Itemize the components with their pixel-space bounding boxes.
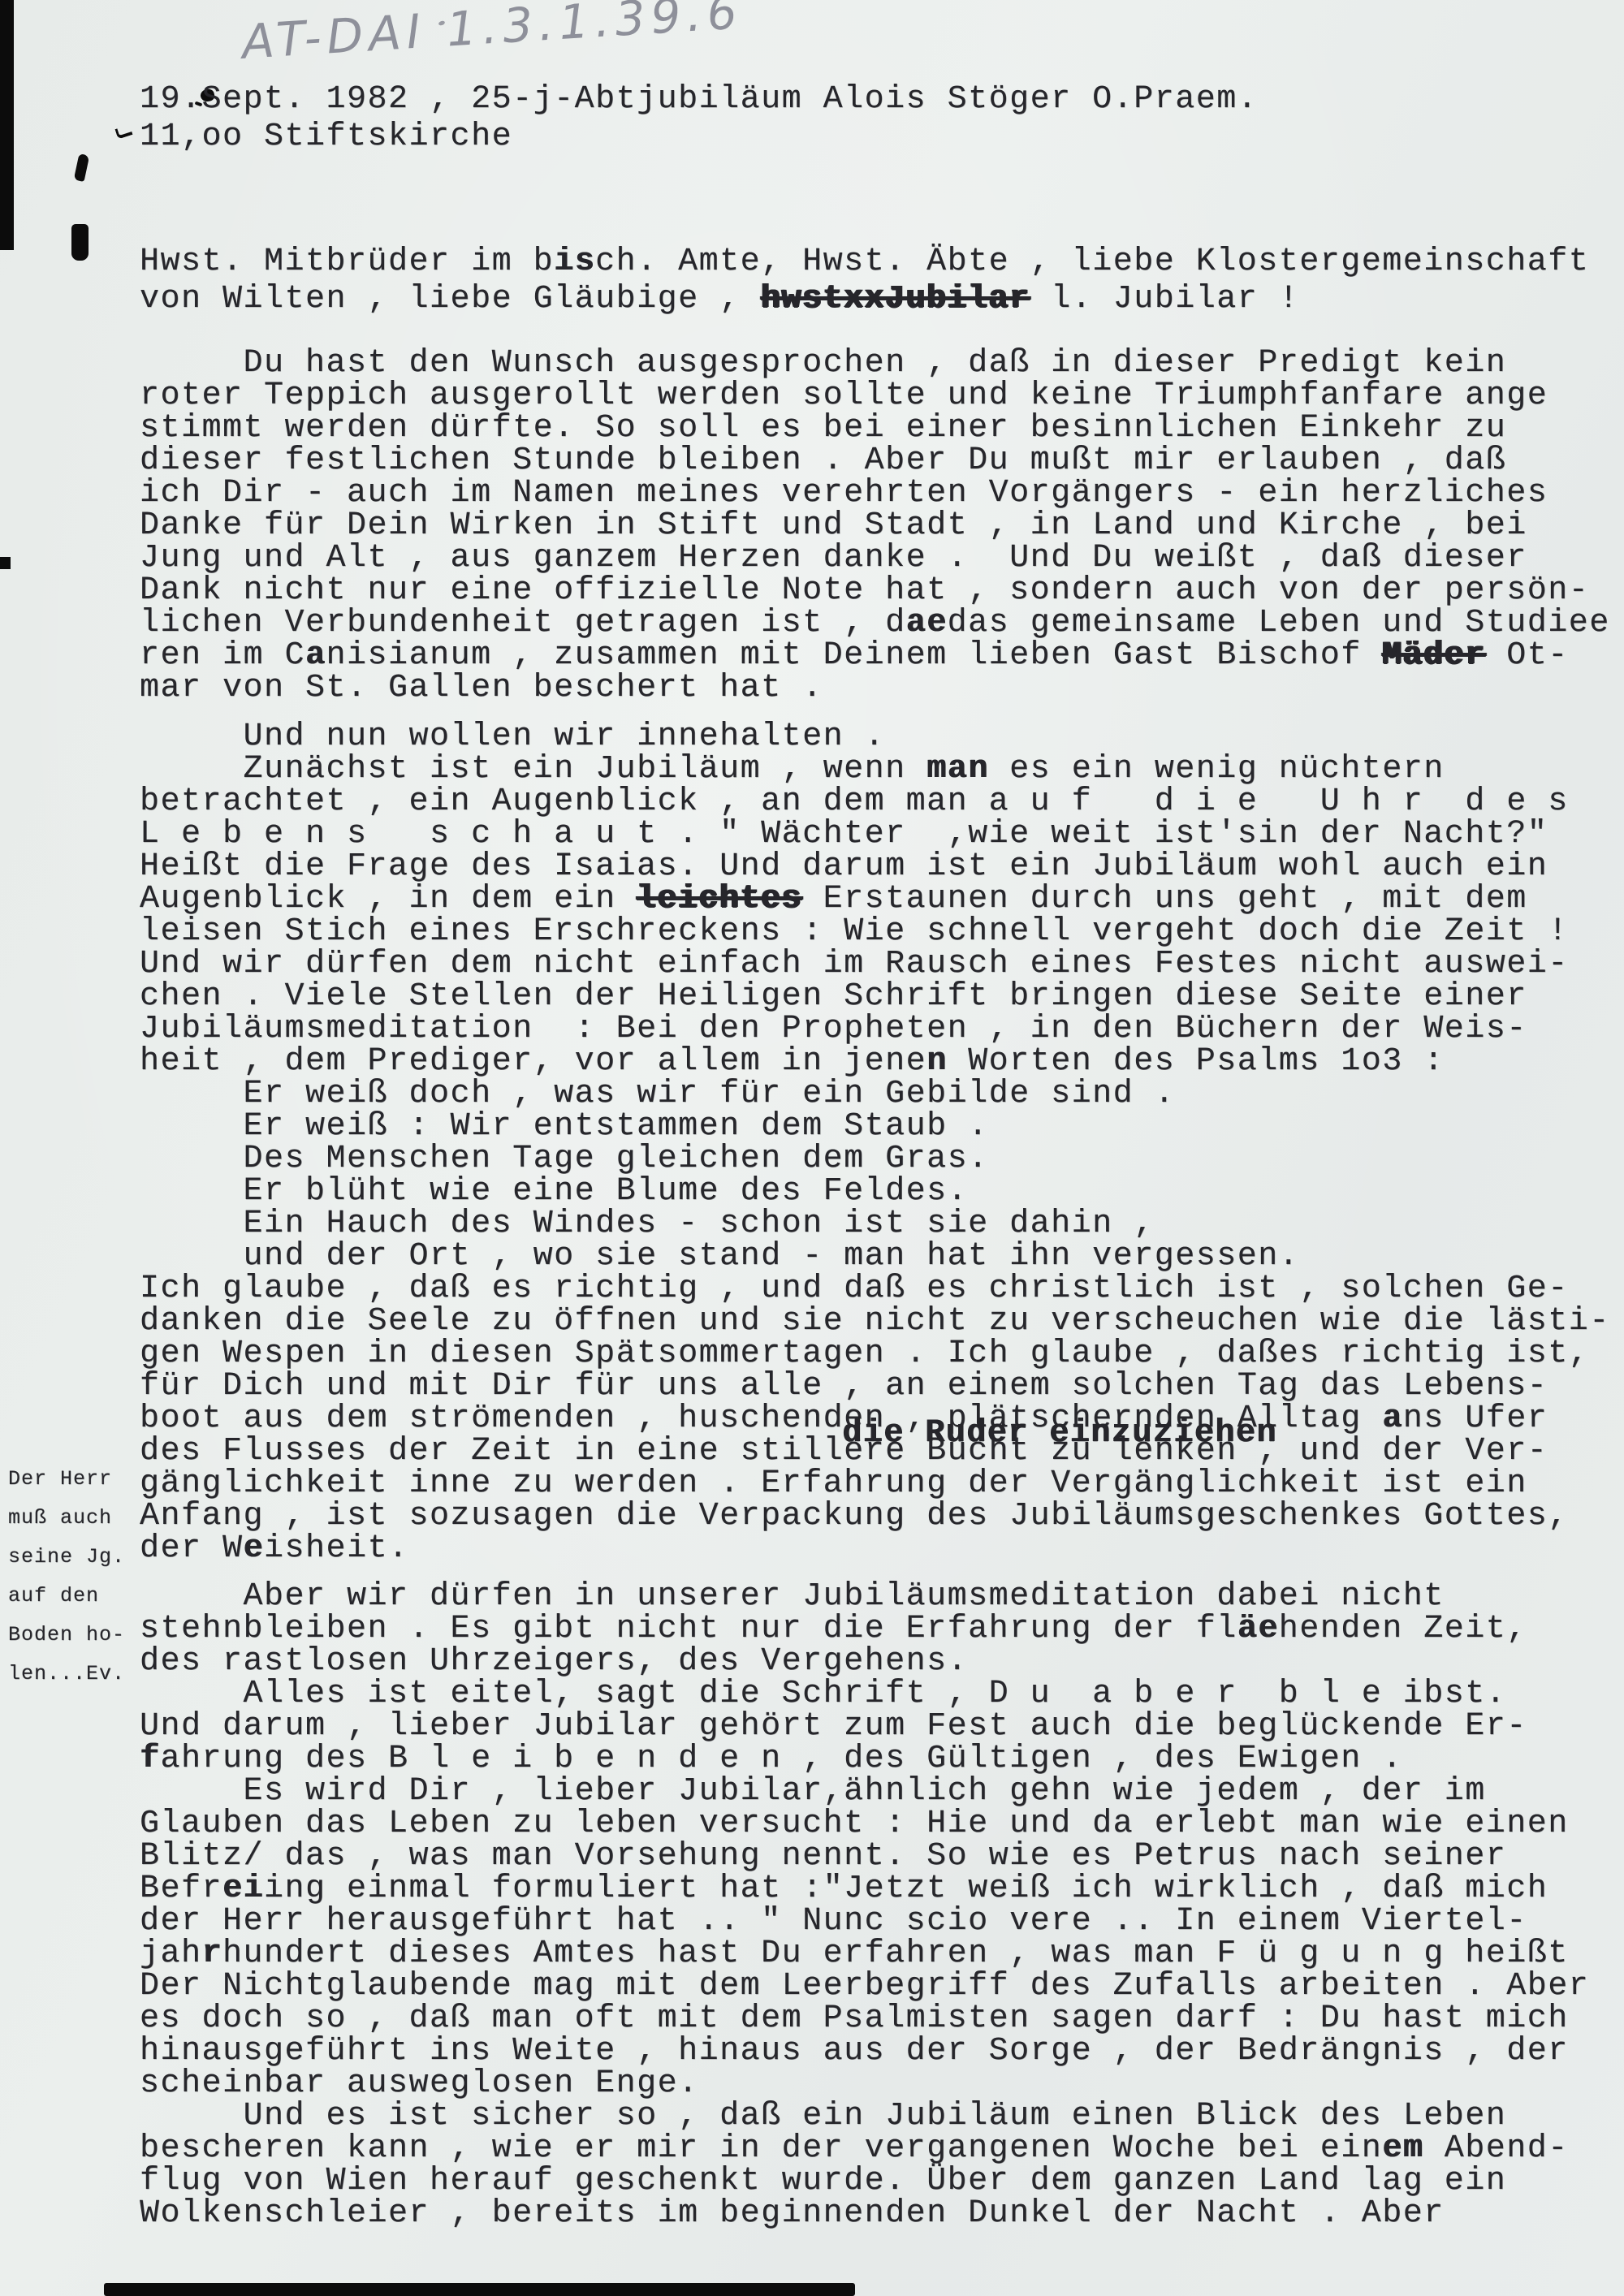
sermon-paragraph-5: Alles ist eitel, sagt die Schrift , D u … [140,1678,1624,2230]
sermon-paragraph-3: die Ruder einzuziehen Ich glaube , daß e… [140,1273,1624,1468]
text-line: Er blüht wie eine Blume des Feldes. [140,1176,1624,1208]
text-line: Ein Hauch des Windes - schon ist sie dah… [140,1208,1624,1241]
text-line: und der Ort , wo sie stand - man hat ihn… [140,1241,1624,1273]
text-line: muß auch [8,1499,142,1538]
text-line: ren im Canisianum , zusammen mit Deinem … [140,640,1624,672]
text-line: Glauben das Leben zu leben versucht : Hi… [140,1808,1624,1841]
text-line: Es wird Dir , lieber Jubilar,ähnlich geh… [140,1776,1624,1808]
text-line: der Weisheit. [140,1533,1624,1565]
text-line: Dank nicht nur eine offizielle Note hat … [140,575,1624,607]
ink-smudge [71,224,89,261]
scan-edge-strip [0,0,14,250]
sermon-paragraph-4: Aber wir dürfen in unserer Jubiläumsmedi… [140,1581,1624,1678]
interline-typed-insertion: die Ruder einzuziehen [842,1418,1277,1450]
text-line: Danke für Dein Wirken in Stift und Stadt… [140,510,1624,542]
text-line: Und darum , lieber Jubilar gehört zum Fe… [140,1711,1624,1743]
text-line: leisen Stich eines Erschreckens : Wie sc… [140,916,1624,948]
text-line: es doch so , daß man oft mit dem Psalmis… [140,2003,1624,2035]
ink-check-mark [114,124,132,139]
text-line: Jubiläumsmeditation : Bei den Propheten … [140,1013,1624,1046]
text-line: seine Jg. [8,1538,142,1577]
scan-bottom-bar [104,2283,855,2296]
text-line: 19.Sept. 1982 , 25-j-Abtjubiläum Alois S… [140,81,1624,119]
text-line: von Wilten , liebe Gläubige , hwstxxJubi… [140,281,1624,318]
scan-edge-dash [0,557,11,569]
text-line: roter Teppich ausgerollt werden sollte u… [140,380,1624,412]
text-line: Und nun wollen wir innehalten . [140,721,1624,753]
sermon-paragraph-1: Du hast den Wunsch ausgesprochen , daß i… [140,347,1624,705]
text-line: 11,oo Stiftskirche [140,119,1624,156]
text-line: Und wir dürfen dem nicht einfach im Raus… [140,948,1624,981]
typed-header: 19.Sept. 1982 , 25-j-Abtjubiläum Alois S… [140,81,1624,156]
text-line: Alles ist eitel, sagt die Schrift , D u … [140,1678,1624,1711]
text-line: auf den [8,1577,142,1616]
text-line: Des Menschen Tage gleichen dem Gras. [140,1143,1624,1176]
ink-smudge [74,153,90,182]
scanned-typescript-page: AT-DAI 1.3.1.39.6 Der Herrmuß auchseine … [0,0,1624,2296]
sermon-paragraph-2: Und nun wollen wir innehalten . Zunächst… [140,721,1624,1078]
text-line: Boden ho- [8,1616,142,1655]
text-line: Augenblick , in dem ein leichtes Erstaun… [140,883,1624,916]
text-line: Er weiß doch , was wir für ein Gebilde s… [140,1078,1624,1111]
text-line: Hwst. Mitbrüder im bisch. Amte, Hwst. Äb… [140,244,1624,281]
psalm-quotation: Er weiß doch , was wir für ein Gebilde s… [140,1078,1624,1273]
text-line: Befreiing einmal formuliert hat :"Jetzt … [140,1873,1624,1905]
sermon-paragraph-3b: gänglichkeit inne zu werden . Erfahrung … [140,1468,1624,1565]
text-line: danken die Seele zu öffnen und sie nicht… [140,1306,1624,1338]
text-line: jahrhundert dieses Amtes hast Du erfahre… [140,1938,1624,1970]
text-line: Der Herr [8,1460,142,1499]
text-line: Wolkenschleier , bereits im beginnenden … [140,2198,1624,2230]
text-line: Er weiß : Wir entstammen dem Staub . [140,1111,1624,1143]
text-line: Zunächst ist ein Jubiläum , wenn man es … [140,753,1624,786]
text-line: Und es ist sicher so , daß ein Jubiläum … [140,2100,1624,2133]
text-line: chen . Viele Stellen der Heiligen Schrif… [140,981,1624,1013]
text-line: Blitz/ das , was man Vorsehung nennt. So… [140,1841,1624,1873]
text-line: Ich glaube , daß es richtig , und daß es… [140,1273,1624,1306]
handwritten-archival-code: AT-DAI 1.3.1.39.6 [240,0,745,70]
text-line: flug von Wien herauf geschenkt wurde. Üb… [140,2165,1624,2198]
salutation: Hwst. Mitbrüder im bisch. Amte, Hwst. Äb… [140,244,1624,318]
text-line: Aber wir dürfen in unserer Jubiläumsmedi… [140,1581,1624,1613]
text-line: dieser festlichen Stunde bleiben . Aber … [140,445,1624,477]
text-line: ich Dir - auch im Namen meines verehrten… [140,477,1624,510]
text-line: gen Wespen in diesen Spätsommertagen . I… [140,1338,1624,1370]
text-line: der Herr herausgeführt hat .. " Nunc sci… [140,1905,1624,1938]
text-line: Heißt die Frage des Isaias. Und darum is… [140,851,1624,883]
text-line: hinausgeführt ins Weite , hinaus aus der… [140,2035,1624,2068]
text-line: des rastlosen Uhrzeigers, des Vergehens. [140,1646,1624,1678]
text-line: Du hast den Wunsch ausgesprochen , daß i… [140,347,1624,380]
text-line: stehnbleiben . Es gibt nicht nur die Erf… [140,1613,1624,1646]
text-line: gänglichkeit inne zu werden . Erfahrung … [140,1468,1624,1500]
text-line: Jung und Alt , aus ganzem Herzen danke .… [140,542,1624,575]
text-line: stimmt werden dürfte. So soll es bei ein… [140,412,1624,445]
text-line: lichen Verbundenheit getragen ist , daed… [140,607,1624,640]
text-line: Der Nichtglaubende mag mit dem Leerbegri… [140,1970,1624,2003]
text-line: für Dich und mit Dir für uns alle , an e… [140,1370,1624,1403]
typed-margin-note: Der Herrmuß auchseine Jg.auf denBoden ho… [8,1460,142,1694]
text-line: fahrung des B l e i b e n d e n , des Gü… [140,1743,1624,1776]
text-line: Anfang , ist sozusagen die Verpackung de… [140,1500,1624,1533]
text-line: L e b e n s s c h a u t . " Wächter ,wie… [140,818,1624,851]
typescript-body: 19.Sept. 1982 , 25-j-Abtjubiläum Alois S… [140,81,1624,2230]
text-line: len...Ev. [8,1655,142,1694]
text-line: mar von St. Gallen beschert hat . [140,672,1624,705]
text-line: heit , dem Prediger, vor allem in jenen … [140,1046,1624,1078]
text-line: betrachtet , ein Augenblick , an dem man… [140,786,1624,818]
text-line: scheinbar ausweglosen Enge. [140,2068,1624,2100]
text-line: bescheren kann , wie er mir in der verga… [140,2133,1624,2165]
